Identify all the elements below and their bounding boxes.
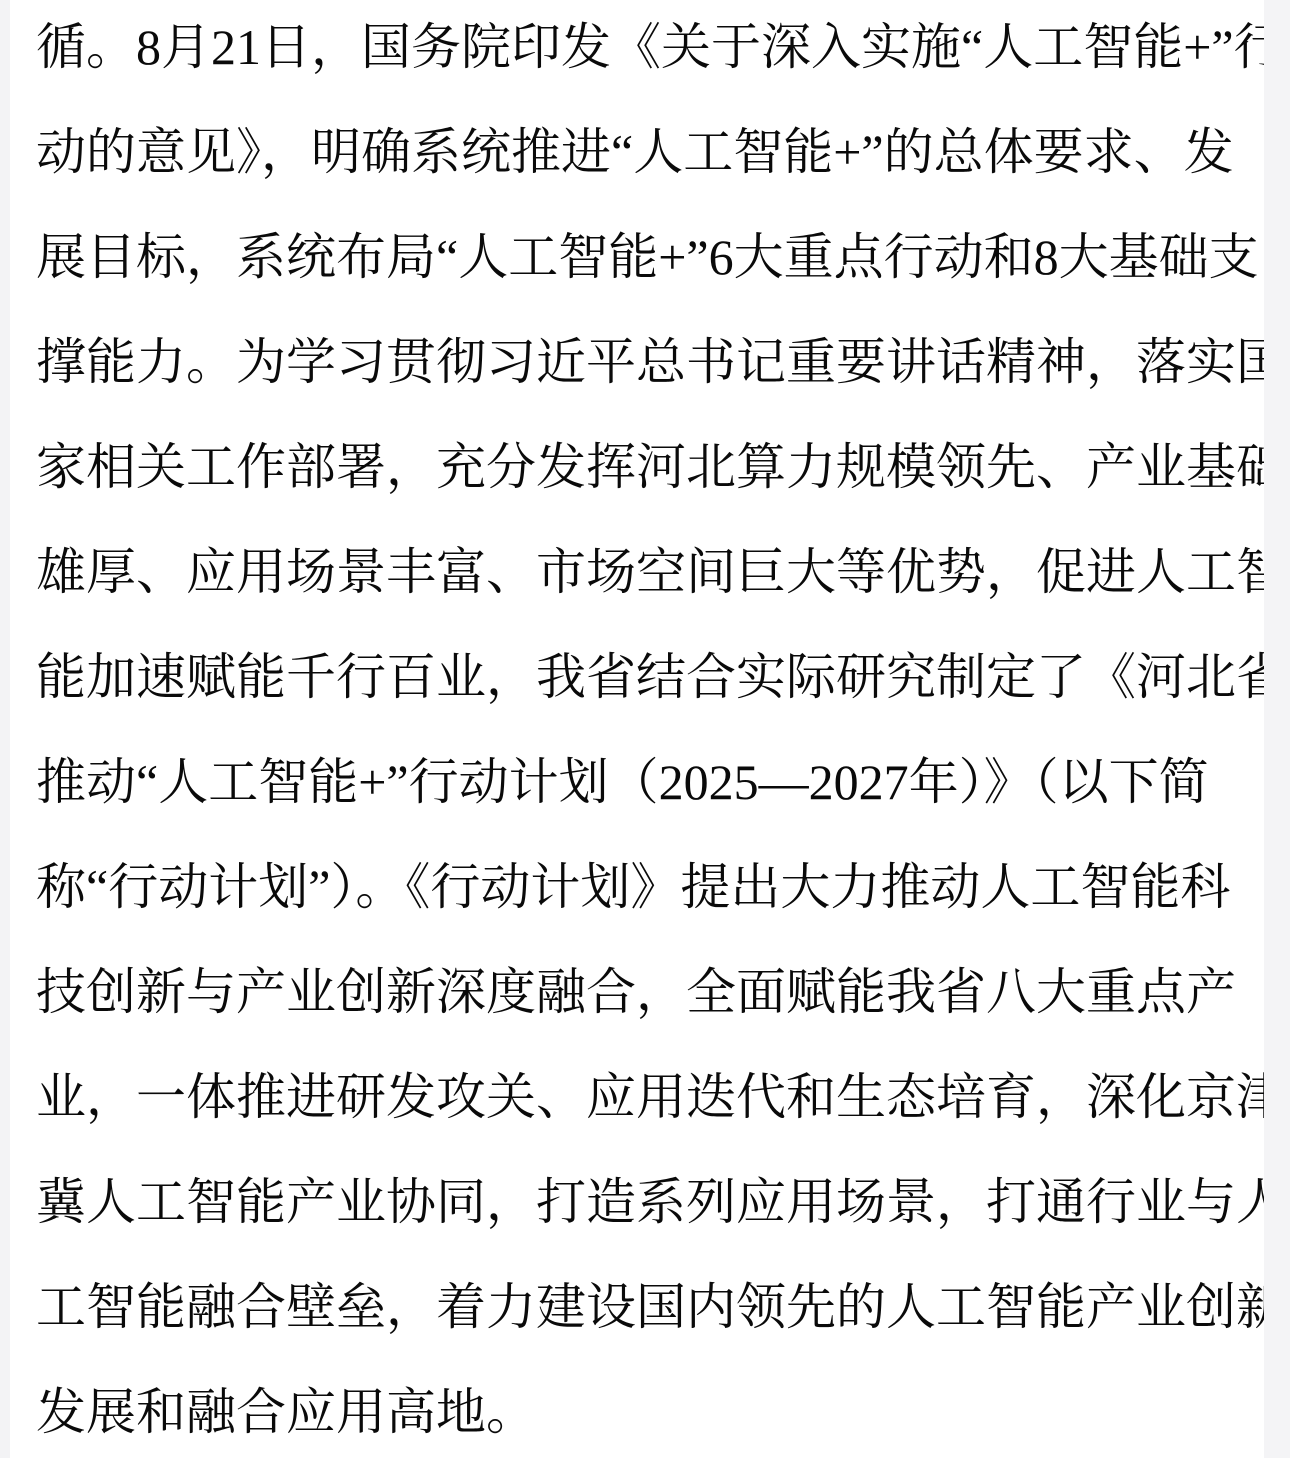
article-body: 循。8月21日，国务院印发《关于深入实施“人工智能+”行动的意见》，明确系统推进… — [10, 0, 1264, 1458]
text-line: 推动“人工智能+”行动计划（2025—2027年）》（以下简 — [36, 730, 1264, 835]
text-line: 工智能融合壁垒，着力建设国内领先的人工智能产业创新 — [36, 1255, 1264, 1360]
text-line: 动的意见》，明确系统推进“人工智能+”的总体要求、发 — [36, 100, 1264, 205]
text-line: 称“行动计划”）。《行动计划》提出大力推动人工智能科 — [36, 835, 1264, 940]
document-page: 循。8月21日，国务院印发《关于深入实施“人工智能+”行动的意见》，明确系统推进… — [0, 0, 1290, 1458]
text-line: 循。8月21日，国务院印发《关于深入实施“人工智能+”行 — [36, 0, 1264, 100]
text-line: 发展和融合应用高地。 — [36, 1360, 1264, 1458]
text-line: 冀人工智能产业协同，打造系列应用场景，打通行业与人 — [36, 1150, 1264, 1255]
text-line: 撑能力。为学习贯彻习近平总书记重要讲话精神，落实国 — [36, 310, 1264, 415]
text-line: 雄厚、应用场景丰富、市场空间巨大等优势，促进人工智 — [36, 520, 1264, 625]
right-margin-gutter — [1264, 0, 1290, 1458]
text-line: 展目标，系统布局“人工智能+”6大重点行动和8大基础支 — [36, 205, 1264, 310]
text-line: 技创新与产业创新深度融合，全面赋能我省八大重点产 — [36, 940, 1264, 1045]
text-line: 业，一体推进研发攻关、应用迭代和生态培育，深化京津 — [36, 1045, 1264, 1150]
text-line: 能加速赋能千行百业，我省结合实际研究制定了《河北省 — [36, 625, 1264, 730]
text-line: 家相关工作部署，充分发挥河北算力规模领先、产业基础 — [36, 415, 1264, 520]
left-margin-gutter — [0, 0, 10, 1458]
